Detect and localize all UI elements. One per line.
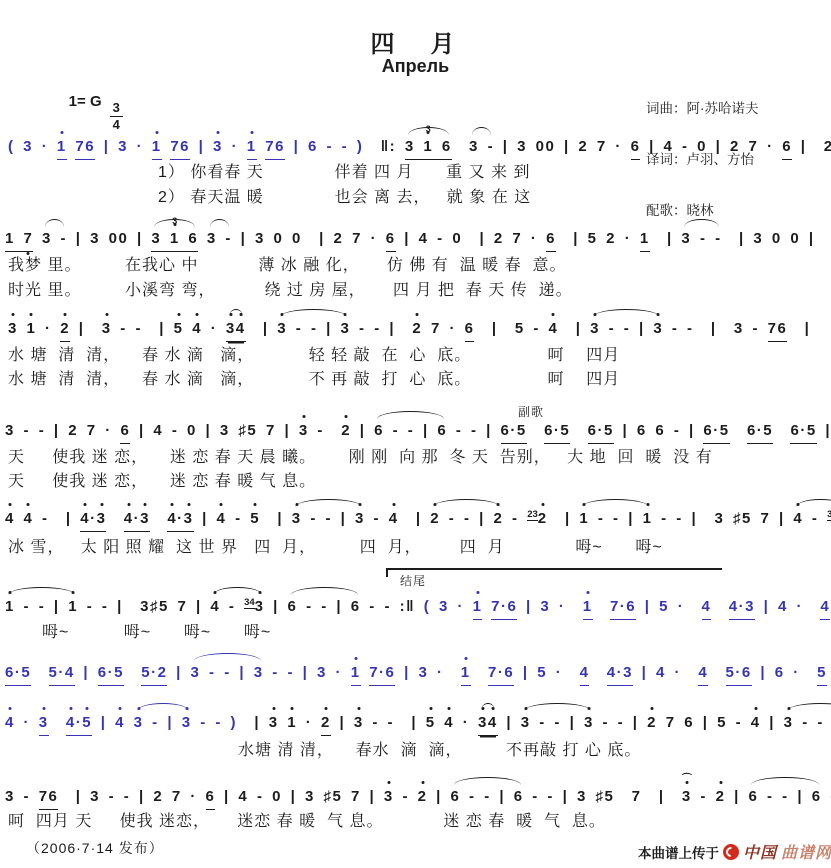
lyric-line: 1） 你看春 天 伴着 四 月 重 又 来 到 <box>158 159 530 182</box>
lyric-line: 2） 春天温 暖 也会 离 去， 就 象 在 这 <box>158 184 531 207</box>
site-logo-icon <box>723 844 739 860</box>
notation-line-3: 3 1 · 2 | 3 - - | 5 4 · 34 | 3 - - | 3 -… <box>8 318 810 342</box>
notation-line-1: ( 3 · 1 76 | 3 · 1 76 | 3 · 1 76 | 6 - -… <box>8 136 831 160</box>
notation-line-4: 3 - - | 2 7 · 6 | 4 - 0 | 3 ♯5 7 | 3 - 2… <box>5 420 831 444</box>
lyric-line: 天 使我 迷 恋， 迷 恋 春 暖 气 息。 <box>8 468 316 491</box>
chorus-label: 副歌 <box>518 403 544 420</box>
notation-line-8: 4 · 3 4·5 | 4 3 - | 3 - - ) | 3 1 · 2 | … <box>5 712 831 736</box>
site-attribution: 本曲谱上传于 中国曲谱网 <box>638 840 831 863</box>
time-denominator: 4 <box>110 117 123 132</box>
sheet-music-page: 四 月 Апрель 1= G34 词曲：阿·苏哈诺夫 译词：卢羽、方怡 配歌：… <box>0 0 831 868</box>
upload-text: 本曲谱上传于 <box>638 842 719 862</box>
ending-label: 结尾 <box>397 572 429 589</box>
notation-line-7: 6·5 5·4 | 6·5 5·2 | 3 - - | 3 - - | 3 · … <box>5 662 831 686</box>
credit-composer: 词曲：阿·苏哈诺夫 <box>646 100 759 117</box>
time-signature: 34 <box>110 101 123 131</box>
notation-line-9: 3 - 76 | 3 - - | 2 7 · 6 | 4 - 0 | 3 ♯5 … <box>5 786 831 810</box>
lyric-line: 我梦 里。 在我心 中 薄 冰 融 化， 仿 佛 有 温 暖 春 意。 <box>8 252 566 275</box>
key-prefix: 1= G <box>69 93 102 110</box>
site-logo-text-rest: 曲谱网 <box>781 840 831 863</box>
lyric-line: 水 塘 清 清， 春 水 滴 滴， 不 再 敲 打 心 底。 呵 四月 <box>8 366 620 389</box>
lyric-line: 呣~ 呣~ 呣~ 呣~ <box>42 619 271 642</box>
lyric-line: 水 塘 清 清， 春 水 滴 滴， 轻 轻 敲 在 心 底。 呵 四月 <box>8 342 620 365</box>
lyric-line: 时光 里。 小溪弯 弯， 绕 过 房 屋， 四 月 把 春 天 传 递。 <box>8 277 573 300</box>
notation-line-5: 4 4 - | 4·3 4·3 4·3 | 4 - 5 | 3 - - | 3 … <box>5 508 831 532</box>
notation-line-6: 1 - - | 1 - - | 3♯5 7 | 4 - 343 | 6 - - … <box>5 596 831 620</box>
site-logo-text-cn: 中国 <box>743 840 777 863</box>
publish-date: （2006·7·14 发布） <box>26 838 164 858</box>
notation-intro: ( 3 · 1 76 | 3 · 1 76 | 3 · 1 76 | 6 - -… <box>8 138 381 155</box>
notation-coda: ( 3 · 1 7·6 | 3 · 1 7·6 | 5 · 4 4·3 | 4 … <box>415 598 831 615</box>
lyric-line: 水塘 清 清， 春水 滴 滴， 不再敲 打 心 底。 <box>238 737 641 760</box>
ending-bracket <box>386 568 722 577</box>
lyric-line: 呵 四月 天 使我 迷恋， 迷恋 春 暖 气 息。 迷 恋 春 暖 气 息。 <box>8 808 606 831</box>
notation-line-2: 1 7 3 - | 3 00 | 3 1 6 3 - | 3 0 0 | 2 7… <box>5 228 815 252</box>
credit-arranger: 配歌：晓林 <box>646 202 759 219</box>
page-title: 四 月 <box>0 24 831 59</box>
lyric-line: 冰 雪， 太 阳 照 耀 这 世 界 四 月， 四 月， 四 月 呣~ 呣~ <box>8 534 663 557</box>
lyric-line: 天 使我 迷 恋， 迷 恋 春 天 晨 曦。 刚 刚 向 那 冬 天 告别， 大… <box>8 444 713 467</box>
time-numerator: 3 <box>110 101 123 117</box>
